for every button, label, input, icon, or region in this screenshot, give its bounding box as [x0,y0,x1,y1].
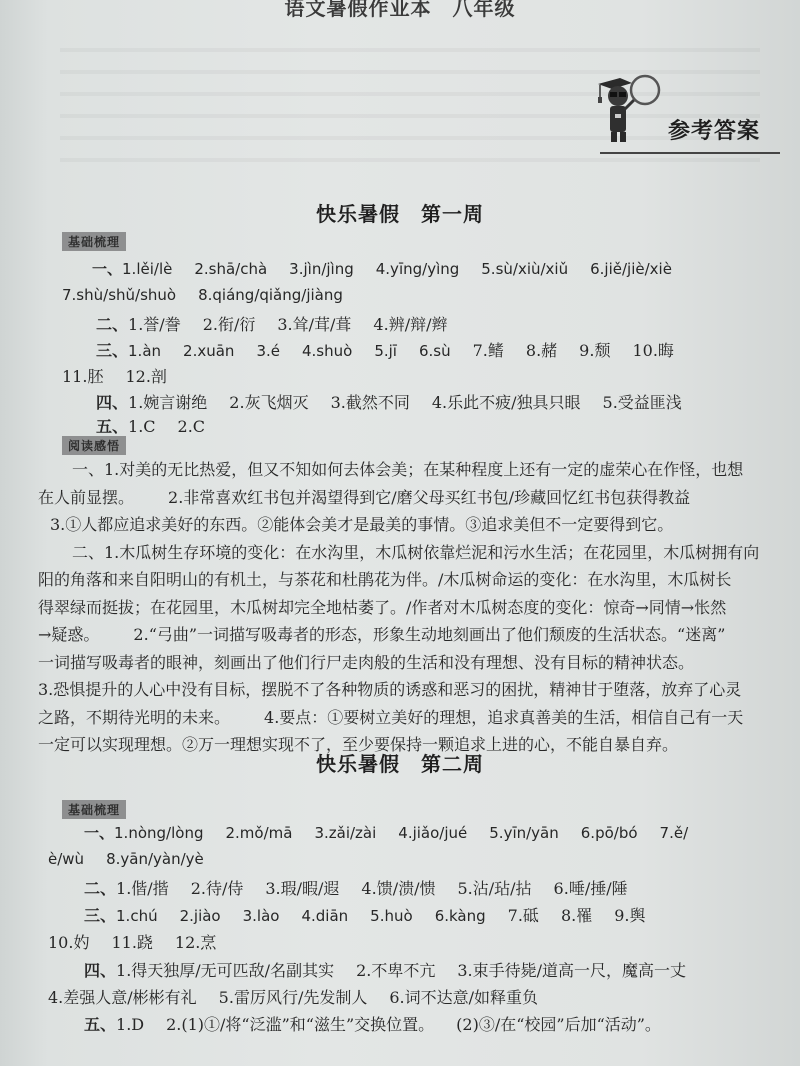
week-1-q1-line2: 7.shù/shǔ/shuò8.qiáng/qiǎng/jiàng [62,286,365,304]
week-1-title: 快乐暑假 第一周 [0,198,800,227]
week-1-q3-line1: 三、1.àn2.xuān3.é4.shuò5.jī6.sù7.鳍8.赭9.颓10… [96,338,696,361]
week-2-basics-tag: 基础梳理 [62,800,126,819]
reading-q1-line2: 在人前显摆。2.非常喜欢红书包并渴望得到它/磨父母买红书包/珍藏回忆红书包获得教… [38,484,773,512]
week-2-q4-line1: 四、1.得天独厚/无可匹敌/名副其实2.不卑不亢3.束手待毙/道高一尺，魔高一丈 [84,958,708,981]
reading-q2-line7: 之路，不期待光明的未来。4.要点：①要树立美好的理想，追求真善美的生活，相信自己… [38,704,773,732]
title-underline [600,152,780,154]
reading-q1-line1: 一、1.对美的无比热爱，但又不知如何去体会美；在某种程度上还有一定的虚荣心在作怪… [38,456,773,484]
week-2-q5: 五、1.D2.(1)①/将“泛滥”和“滋生”交换位置。(2)③/在“校园”后加“… [84,1012,683,1035]
week-2-q1-line2: è/wù8.yān/yàn/yè [48,850,226,868]
reading-q1-line3: 3.①人都应追求美好的东西。②能体会美才是最美的事情。③追求美但不一定要得到它。 [38,511,773,539]
week-2-q2: 二、1.偕/揩2.待/侍3.瑕/暇/遐4.馈/溃/愦5.沾/玷/拈6.唾/捶/陲 [84,876,650,899]
week-1-q3-line2: 11.胚12.剖 [62,364,189,387]
week-2-q1-line1: 一、1.nòng/lòng2.mǒ/mā3.zǎi/zài4.jiǎo/jué5… [84,822,688,843]
week-2-q4-line2: 4.差强人意/彬彬有礼5.雷厉风行/先发制人6.词不达意/如释重负 [48,985,560,1008]
answer-key-page: 语文暑假作业本 八年级 参考答案 快乐暑假 第一周 基础梳理 一、1.lěi/l… [0,0,800,1066]
week-1-q4: 四、1.婉言谢绝2.灰飞烟灭3.截然不同4.乐此不疲/独具只眼5.受益匪浅 [96,390,704,413]
week-2-title: 快乐暑假 第二周 [0,748,800,777]
week-2-q3-line1: 三、1.chú2.jiào3.lào4.diān5.huò6.kàng7.砥8.… [84,903,668,926]
reading-q2-line5: 一词描写吸毒者的眼神，刻画出了他们行尸走肉般的生活和没有理想、没有目标的精神状态… [38,649,773,677]
reading-q2-line2: 阳的角落和来自阳明山的有机土，与茶花和杜鹃花为伴。/木瓜树命运的变化：在水沟里，… [38,566,773,594]
week-1-q2: 二、1.誉/誊2.衔/衍3.耸/茸/葺4.辨/辩/辫 [96,312,469,335]
week-2-q3-line2: 10.妁11.跷12.烹 [48,930,238,953]
week-1-reading-answers: 一、1.对美的无比热爱，但又不知如何去体会美；在某种程度上还有一定的虚荣心在作怪… [38,456,773,759]
answer-key-badge: 参考答案 [590,70,780,160]
reading-q2-line4: →疑惑。2.“弓曲”一词描写吸毒者的形态，形象生动地刻画出了他们颓废的生活状态。… [38,621,773,649]
reading-q2-line3: 得翠绿而挺拔；在花园里，木瓜树却完全地枯萎了。/作者对木瓜树态度的变化：惊奇→同… [38,594,773,622]
running-head: 语文暑假作业本 八年级 [0,0,800,21]
reading-q2-line1: 二、1.木瓜树生存环境的变化：在水沟里，木瓜树依靠烂泥和污水生活；在花园里，木瓜… [38,539,773,567]
week-1-basics-tag: 基础梳理 [62,232,126,251]
graduate-mascot-magnifier-icon [590,70,670,150]
answer-key-title: 参考答案 [668,114,760,145]
week-1-q1-line1: 一、1.lěi/lè2.shā/chà3.jìn/jìng4.yīng/yìng… [92,258,694,279]
reading-q2-line6: 3.恐惧提升的人心中没有目标，摆脱不了各种物质的诱惑和恶习的困扰，精神甘于堕落，… [38,676,773,704]
week-1-q5: 五、1.C2.C [96,414,227,437]
week-1-reading-tag: 阅读感悟 [62,436,126,455]
